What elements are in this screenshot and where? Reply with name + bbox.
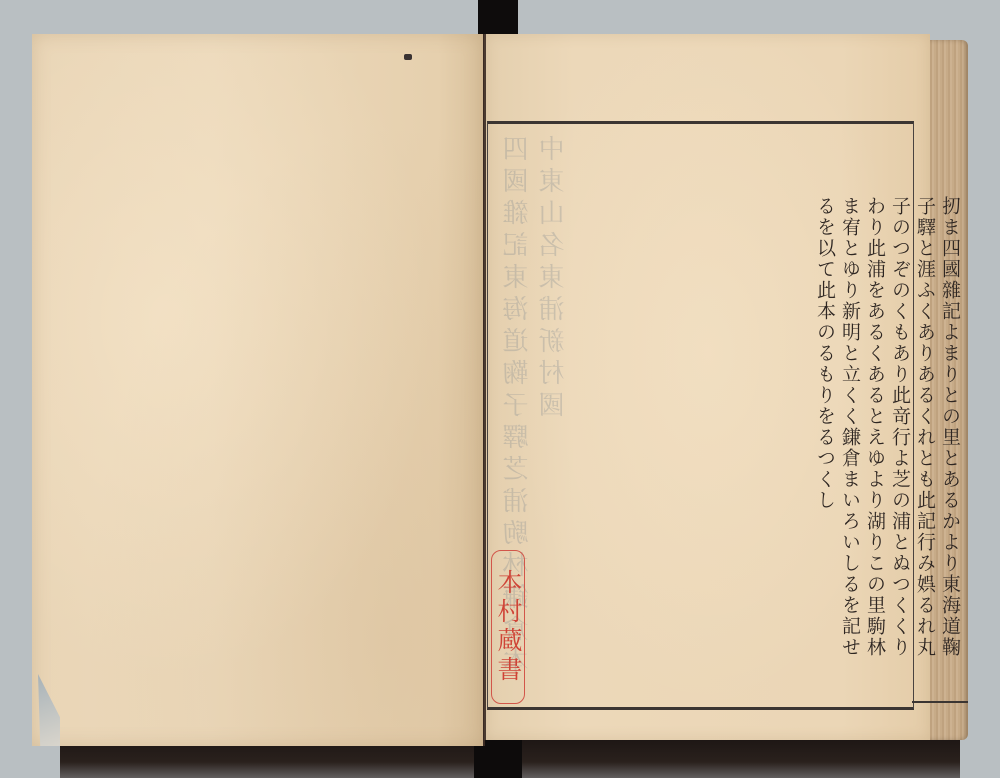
torn-corner	[38, 674, 60, 746]
seal-text: 本村蔵書	[490, 569, 526, 685]
ink-speck	[404, 54, 412, 60]
vertical-body-text: 扨ま四國雜記よまりとの里とあるかより東海道鞠子驛と涯ふくありあるくれとも此記行み…	[812, 196, 962, 666]
frame-rule	[912, 701, 968, 703]
ownership-seal: 本村蔵書	[491, 550, 525, 704]
left-page	[32, 34, 485, 746]
book-scan: 四國雜記東海道鞠子驛芝浦駒林鎌倉本中東山名東浦新村國 扨ま四國雜記よまりとの里と…	[0, 0, 1000, 778]
gutter	[484, 34, 486, 740]
spine-top	[478, 0, 518, 36]
